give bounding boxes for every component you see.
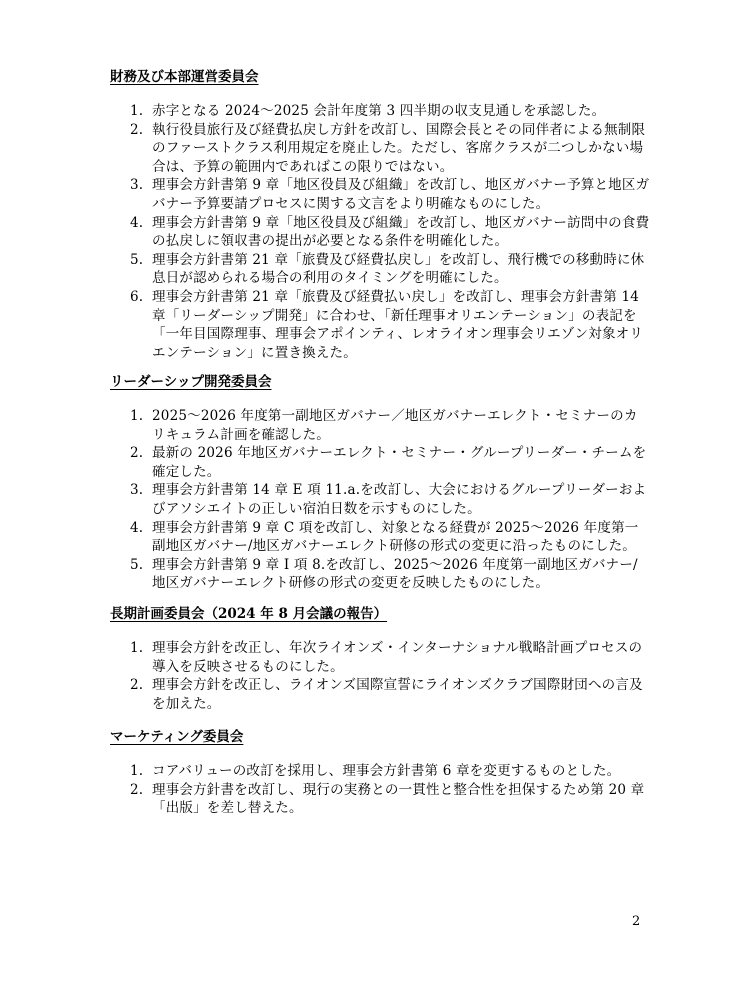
section-heading: リーダーシップ開発委員会 xyxy=(110,373,650,391)
item-number: 2. xyxy=(130,121,150,140)
item-number: 1. xyxy=(130,407,150,426)
item-text: 理事会方針を改正し、ライオンズ国際宣誓にライオンズクラブ国際財団への言及を加えた… xyxy=(152,677,643,712)
item-number: 3. xyxy=(130,176,150,195)
section-leadership-committee: リーダーシップ開発委員会 1.2025～2026 年度第一副地区ガバナー／地区ガ… xyxy=(110,373,650,391)
list-item: 4.理事会方針書第 9 章「地区役員及び組織」を改訂し、地区ガバナー訪問中の食費… xyxy=(110,214,650,251)
item-list: 1.理事会方針を改正し、年次ライオンズ・インターナショナル戦略計画プロセスの導入… xyxy=(110,639,650,713)
list-item: 2.執行役員旅行及び経費払戻し方針を改訂し、国際会長とその同伴者による無制限のフ… xyxy=(110,121,650,177)
item-number: 4. xyxy=(130,214,150,233)
list-item: 1.理事会方針を改正し、年次ライオンズ・インターナショナル戦略計画プロセスの導入… xyxy=(110,639,650,676)
item-number: 2. xyxy=(130,676,150,695)
section-finance-committee: 財務及び本部運営委員会 1.赤字となる 2024～2025 会計年度第 3 四半… xyxy=(110,68,650,86)
item-text: 理事会方針を改正し、年次ライオンズ・インターナショナル戦略計画プロセスの導入を反… xyxy=(152,640,642,675)
item-number: 3. xyxy=(130,481,150,500)
item-number: 5. xyxy=(130,251,150,270)
item-list: 1.コアバリューの改訂を採用し、理事会方針書第 6 章を変更するものとした。 2… xyxy=(110,762,650,818)
item-number: 6. xyxy=(130,288,150,307)
item-text: 赤字となる 2024～2025 会計年度第 3 四半期の収支見通しを承認した。 xyxy=(152,103,605,119)
list-item: 1.赤字となる 2024～2025 会計年度第 3 四半期の収支見通しを承認した… xyxy=(110,102,650,121)
item-text: 最新の 2026 年地区ガバナーエレクト・セミナー・グループリーダー・チームを確… xyxy=(152,445,646,480)
item-number: 5. xyxy=(130,556,150,575)
list-item: 2.理事会方針書を改訂し、現行の実務との一貫性と整合性を担保するため第 20 章… xyxy=(110,781,650,818)
item-number: 4. xyxy=(130,519,150,538)
item-text: 理事会方針書第 9 章 I 項 8.を改訂し、2025～2026 年度第一副地区… xyxy=(152,557,638,592)
item-text: 理事会方針書第 14 章 E 項 11.a.を改訂し、大会におけるグループリーダ… xyxy=(152,482,646,517)
document-page: 財務及び本部運営委員会 1.赤字となる 2024～2025 会計年度第 3 四半… xyxy=(0,0,750,988)
item-text: 理事会方針書を改訂し、現行の実務との一貫性と整合性を担保するため第 20 章「出… xyxy=(152,782,644,817)
item-text: コアバリューの改訂を採用し、理事会方針書第 6 章を変更するものとした。 xyxy=(152,763,620,779)
list-item: 1.コアバリューの改訂を採用し、理事会方針書第 6 章を変更するものとした。 xyxy=(110,762,650,781)
item-text: 2025～2026 年度第一副地区ガバナー／地区ガバナーエレクト・セミナーのカリ… xyxy=(152,408,638,443)
item-list: 1.赤字となる 2024～2025 会計年度第 3 四半期の収支見通しを承認した… xyxy=(110,102,650,362)
list-item: 5.理事会方針書第 9 章 I 項 8.を改訂し、2025～2026 年度第一副… xyxy=(110,556,650,593)
item-text: 執行役員旅行及び経費払戻し方針を改訂し、国際会長とその同伴者による無制限のファー… xyxy=(152,122,645,175)
item-list: 1.2025～2026 年度第一副地区ガバナー／地区ガバナーエレクト・セミナーの… xyxy=(110,407,650,593)
list-item: 1.2025～2026 年度第一副地区ガバナー／地区ガバナーエレクト・セミナーの… xyxy=(110,407,650,444)
list-item: 3.理事会方針書第 9 章「地区役員及び組織」を改訂し、地区ガバナー予算と地区ガ… xyxy=(110,176,650,213)
item-number: 2. xyxy=(130,781,150,800)
section-long-range-planning-committee: 長期計画委員会（2024 年 8 月会議の報告） 1.理事会方針を改正し、年次ラ… xyxy=(110,605,650,623)
section-heading: 長期計画委員会（2024 年 8 月会議の報告） xyxy=(110,605,650,623)
page-number: 2 xyxy=(632,914,640,929)
list-item: 2.最新の 2026 年地区ガバナーエレクト・セミナー・グループリーダー・チーム… xyxy=(110,444,650,481)
item-number: 1. xyxy=(130,639,150,658)
section-heading: マーケティング委員会 xyxy=(110,728,650,746)
item-text: 理事会方針書第 9 章 C 項を改訂し、対象となる経費が 2025～2026 年… xyxy=(152,520,638,555)
list-item: 5.理事会方針書第 21 章「旅費及び経費払戻し」を改訂し、飛行機での移動時に休… xyxy=(110,251,650,288)
list-item: 2.理事会方針を改正し、ライオンズ国際宣誓にライオンズクラブ国際財団への言及を加… xyxy=(110,676,650,713)
item-number: 1. xyxy=(130,762,150,781)
list-item: 6.理事会方針書第 21 章「旅費及び経費払い戻し」を改訂し、理事会方針書第 1… xyxy=(110,288,650,362)
section-heading: 財務及び本部運営委員会 xyxy=(110,68,650,86)
item-text: 理事会方針書第 9 章「地区役員及び組織」を改訂し、地区ガバナー予算と地区ガバナ… xyxy=(152,177,649,212)
item-text: 理事会方針書第 9 章「地区役員及び組織」を改訂し、地区ガバナー訪問中の食費の払… xyxy=(152,215,649,250)
item-text: 理事会方針書第 21 章「旅費及び経費払戻し」を改訂し、飛行機での移動時に休息日… xyxy=(152,252,644,287)
list-item: 4.理事会方針書第 9 章 C 項を改訂し、対象となる経費が 2025～2026… xyxy=(110,519,650,556)
section-marketing-committee: マーケティング委員会 1.コアバリューの改訂を採用し、理事会方針書第 6 章を変… xyxy=(110,728,650,746)
item-number: 1. xyxy=(130,102,150,121)
list-item: 3.理事会方針書第 14 章 E 項 11.a.を改訂し、大会におけるグループリ… xyxy=(110,481,650,518)
item-number: 2. xyxy=(130,444,150,463)
item-text: 理事会方針書第 21 章「旅費及び経費払い戻し」を改訂し、理事会方針書第 14 … xyxy=(152,289,643,361)
